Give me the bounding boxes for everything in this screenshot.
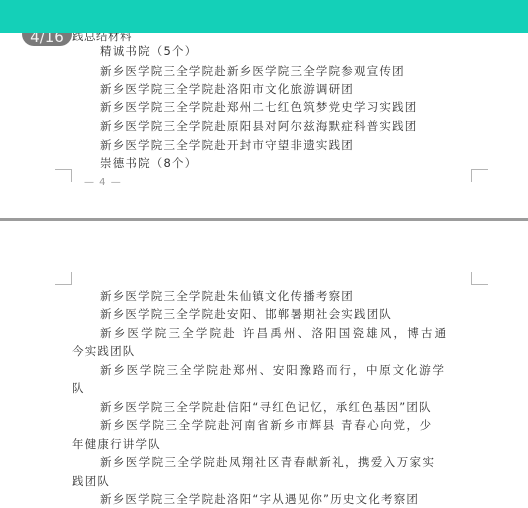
list-item-continuation: 年健康行讲学队: [72, 436, 161, 452]
list-item: 新乡医学院三全学院赴郑州二七红色筑梦党史学习实践团: [100, 99, 418, 115]
list-item: 新乡医学院三全学院赴河南省新乡市辉县 青春心向党，少: [100, 417, 433, 433]
page-number: — 4 —: [84, 177, 122, 188]
margin-corner-mark: [471, 169, 488, 182]
page-separator: [0, 218, 528, 221]
list-item: 精诚书院（5个）: [100, 43, 197, 59]
list-item: 新乡医学院三全学院赴 许昌禹州、洛阳国瓷雄风，博古通: [100, 325, 448, 341]
list-item: 崇德书院（8个）: [100, 155, 197, 171]
list-item: 新乡医学院三全学院赴郑州、安阳豫路而行，中原文化游学: [100, 362, 446, 378]
list-item: 新乡医学院三全学院赴凤翔社区青春献新礼，携爱入万家实: [100, 454, 435, 470]
list-item-continuation: 今实践团队: [72, 343, 136, 359]
margin-corner-mark: [55, 169, 72, 182]
list-item: 新乡医学院三全学院赴信阳“寻红色记忆，承红色基因”团队: [100, 399, 432, 415]
list-item: 新乡医学院三全学院赴安阳、邯郸暑期社会实践团队: [100, 306, 392, 322]
list-item-continuation: 践团队: [72, 473, 110, 489]
margin-corner-mark: [55, 272, 72, 285]
list-item: 新乡医学院三全学院赴洛阳“字从遇见你”历史文化考察团: [100, 491, 419, 507]
margin-corner-mark: [471, 272, 488, 285]
list-item-continuation: 队: [72, 380, 85, 396]
list-item: 新乡医学院三全学院赴新乡医学院三全学院参观宣传团: [100, 63, 405, 79]
viewer-toolbar: [0, 0, 528, 33]
list-item: 新乡医学院三全学院赴开封市守望非遗实践团: [100, 137, 354, 153]
document-viewer[interactable]: 4/16 践总结材料 精诚书院（5个） 新乡医学院三全学院赴新乡医学院三全学院参…: [0, 0, 528, 508]
list-item: 新乡医学院三全学院赴洛阳市文化旅游调研团: [100, 81, 354, 97]
list-item: 新乡医学院三全学院赴朱仙镇文化传播考察团: [100, 288, 354, 304]
list-item: 新乡医学院三全学院赴原阳县对阿尔兹海默症科普实践团: [100, 118, 418, 134]
